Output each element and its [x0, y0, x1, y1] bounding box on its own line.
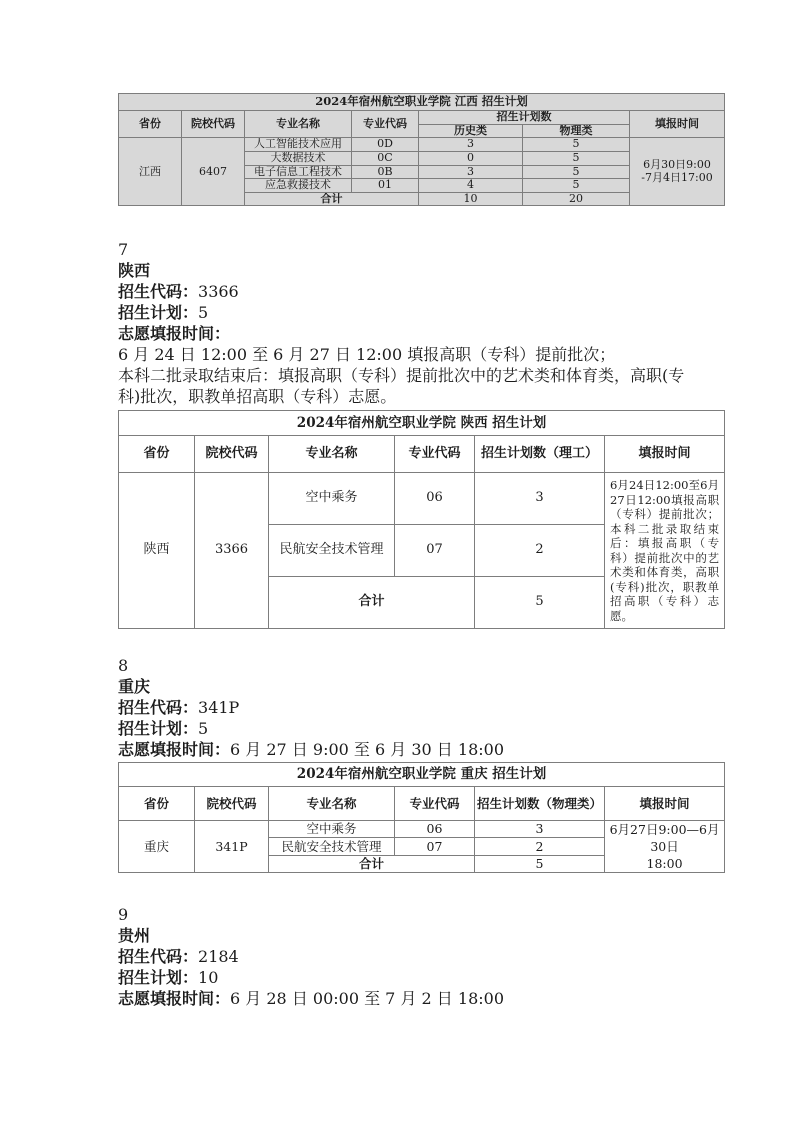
fill-time-label: 志愿填报时间： — [118, 323, 724, 344]
admission-code-value: 3366 — [198, 282, 239, 301]
cell-major: 民航安全技术管理 — [269, 525, 395, 577]
admission-plan-value: 5 — [198, 719, 208, 738]
header-fill-time: 填报时间 — [605, 436, 725, 473]
header-school-code: 院校代码 — [182, 111, 245, 138]
admission-plan-label: 招生计划： — [118, 303, 198, 322]
jiangxi-table-title: 2024年宿州航空职业学院 江西 招生计划 — [119, 94, 725, 111]
header-school-code: 院校代码 — [195, 787, 269, 821]
cell-total-label: 合计 — [269, 855, 475, 872]
cell-physics: 5 — [523, 165, 630, 179]
admission-plan-label: 招生计划： — [118, 968, 198, 987]
header-fill-time: 填报时间 — [630, 111, 725, 138]
header-major-name: 专业名称 — [269, 787, 395, 821]
cell-history: 3 — [419, 138, 523, 152]
cell-major: 大数据技术 — [245, 151, 352, 165]
header-plan-group: 招生计划数 — [419, 111, 630, 125]
header-major-code: 专业代码 — [352, 111, 419, 138]
cell-school-code: 6407 — [182, 138, 245, 206]
header-major-name: 专业名称 — [245, 111, 352, 138]
admission-code-value: 341P — [198, 698, 239, 717]
admission-plan-line: 招生计划：5 — [118, 718, 724, 739]
admission-code-label: 招生代码： — [118, 698, 198, 717]
cell-major-code: 0D — [352, 138, 419, 152]
header-major-name: 专业名称 — [269, 436, 395, 473]
header-province: 省份 — [119, 111, 182, 138]
cell-total-history: 10 — [419, 192, 523, 206]
cell-plan: 2 — [475, 838, 605, 855]
cell-major-code: 07 — [395, 525, 475, 577]
admission-code-line: 招生代码：2184 — [118, 946, 724, 967]
cell-school-code: 341P — [195, 821, 269, 873]
header-fill-time: 填报时间 — [605, 787, 725, 821]
cell-major: 民航安全技术管理 — [269, 838, 395, 855]
cell-major: 空中乘务 — [269, 821, 395, 838]
fill-time-label: 志愿填报时间： — [118, 989, 230, 1008]
admission-code-line: 招生代码：341P — [118, 697, 724, 718]
admission-code-label: 招生代码： — [118, 947, 198, 966]
cell-major: 空中乘务 — [269, 473, 395, 525]
header-province: 省份 — [119, 787, 195, 821]
fill-time-line: 志愿填报时间：6 月 27 日 9:00 至 6 月 30 日 18:00 — [118, 739, 724, 760]
section-province: 重庆 — [118, 676, 724, 697]
cell-total-plan: 5 — [475, 855, 605, 872]
cell-major: 电子信息工程技术 — [245, 165, 352, 179]
document-page: 2024年宿州航空职业学院 江西 招生计划 省份 院校代码 专业名称 专业代码 … — [0, 0, 793, 1122]
cell-province: 重庆 — [119, 821, 195, 873]
admission-plan-line: 招生计划：10 — [118, 967, 724, 988]
header-major-code: 专业代码 — [395, 436, 475, 473]
header-plan: 招生计划数（理工） — [475, 436, 605, 473]
cell-history: 3 — [419, 165, 523, 179]
header-history: 历史类 — [419, 124, 523, 138]
cell-major-code: 07 — [395, 838, 475, 855]
fill-time-value: 6 月 27 日 9:00 至 6 月 30 日 18:00 — [230, 740, 504, 759]
fill-time-line: 志愿填报时间：6 月 28 日 00:00 至 7 月 2 日 18:00 — [118, 988, 724, 1009]
header-school-code: 院校代码 — [195, 436, 269, 473]
cell-major-code: 06 — [395, 821, 475, 838]
cell-province: 江西 — [119, 138, 182, 206]
cell-school-code: 3366 — [195, 473, 269, 629]
fill-time-text-line2: 本科二批录取结束后：填报高职（专科）提前批次中的艺术类和体育类，高职(专 — [118, 365, 724, 386]
chongqing-plan-table: 2024年宿州航空职业学院 重庆 招生计划 省份 院校代码 专业名称 专业代码 … — [118, 762, 725, 873]
header-physics: 物理类 — [523, 124, 630, 138]
cell-plan: 3 — [475, 821, 605, 838]
admission-plan-value: 5 — [198, 303, 208, 322]
cell-history: 4 — [419, 179, 523, 193]
cell-plan: 3 — [475, 473, 605, 525]
jiangxi-plan-table: 2024年宿州航空职业学院 江西 招生计划 省份 院校代码 专业名称 专业代码 … — [118, 93, 725, 206]
cell-total-plan: 5 — [475, 577, 605, 629]
cell-major-code: 0C — [352, 151, 419, 165]
header-plan: 招生计划数（物理类） — [475, 787, 605, 821]
shaanxi-plan-table-wrap: 2024年宿州航空职业学院 陕西 招生计划 省份 院校代码 专业名称 专业代码 … — [118, 410, 724, 629]
section-guizhou: 9 贵州 招生代码：2184 招生计划：10 志愿填报时间：6 月 28 日 0… — [118, 904, 724, 1009]
admission-plan-label: 招生计划： — [118, 719, 198, 738]
cell-history: 0 — [419, 151, 523, 165]
fill-time-line1: 6月27日9:00—6月30日 — [605, 821, 724, 855]
jiangxi-plan-table-wrap: 2024年宿州航空职业学院 江西 招生计划 省份 院校代码 专业名称 专业代码 … — [118, 93, 724, 206]
fill-time-line1: 6月30日9:00 — [630, 159, 724, 172]
section-number: 8 — [118, 655, 724, 676]
cell-major: 应急救援技术 — [245, 179, 352, 193]
cell-physics: 5 — [523, 151, 630, 165]
fill-time-value: 6 月 28 日 00:00 至 7 月 2 日 18:00 — [230, 989, 504, 1008]
header-major-code: 专业代码 — [395, 787, 475, 821]
cell-total-label: 合计 — [245, 192, 419, 206]
admission-code-label: 招生代码： — [118, 282, 198, 301]
fill-time-line2: 18:00 — [605, 855, 724, 872]
fill-time-text-line3: 科)批次，职教单招高职（专科）志愿。 — [118, 386, 724, 407]
cell-total-physics: 20 — [523, 192, 630, 206]
cell-physics: 5 — [523, 138, 630, 152]
chongqing-plan-table-wrap: 2024年宿州航空职业学院 重庆 招生计划 省份 院校代码 专业名称 专业代码 … — [118, 762, 724, 873]
cell-total-label: 合计 — [269, 577, 475, 629]
chongqing-table-title: 2024年宿州航空职业学院 重庆 招生计划 — [119, 763, 725, 787]
admission-code-value: 2184 — [198, 947, 239, 966]
section-chongqing: 8 重庆 招生代码：341P 招生计划：5 志愿填报时间：6 月 27 日 9:… — [118, 655, 724, 760]
shaanxi-plan-table: 2024年宿州航空职业学院 陕西 招生计划 省份 院校代码 专业名称 专业代码 … — [118, 410, 725, 629]
cell-fill-time: 6月27日9:00—6月30日 18:00 — [605, 821, 725, 873]
cell-plan: 2 — [475, 525, 605, 577]
shaanxi-table-title: 2024年宿州航空职业学院 陕西 招生计划 — [119, 411, 725, 436]
cell-major: 人工智能技术应用 — [245, 138, 352, 152]
section-number: 9 — [118, 904, 724, 925]
cell-fill-time: 6月30日9:00 -7月4日17:00 — [630, 138, 725, 206]
cell-physics: 5 — [523, 179, 630, 193]
fill-time-text-line1: 6 月 24 日 12:00 至 6 月 27 日 12:00 填报高职（专科）… — [118, 344, 724, 365]
cell-major-code: 01 — [352, 179, 419, 193]
admission-plan-value: 10 — [198, 968, 218, 987]
cell-fill-time: 6月24日12:00至6月27日12:00填报高职（专科）提前批次；本科二批录取… — [605, 473, 725, 629]
fill-time-label: 志愿填报时间： — [118, 740, 230, 759]
section-shaanxi: 7 陕西 招生代码：3366 招生计划：5 志愿填报时间： 6 月 24 日 1… — [118, 239, 724, 407]
fill-time-line2: -7月4日17:00 — [630, 172, 724, 185]
cell-province: 陕西 — [119, 473, 195, 629]
header-province: 省份 — [119, 436, 195, 473]
admission-plan-line: 招生计划：5 — [118, 302, 724, 323]
section-province: 贵州 — [118, 925, 724, 946]
cell-major-code: 06 — [395, 473, 475, 525]
admission-code-line: 招生代码：3366 — [118, 281, 724, 302]
section-number: 7 — [118, 239, 724, 260]
section-province: 陕西 — [118, 260, 724, 281]
cell-major-code: 0B — [352, 165, 419, 179]
